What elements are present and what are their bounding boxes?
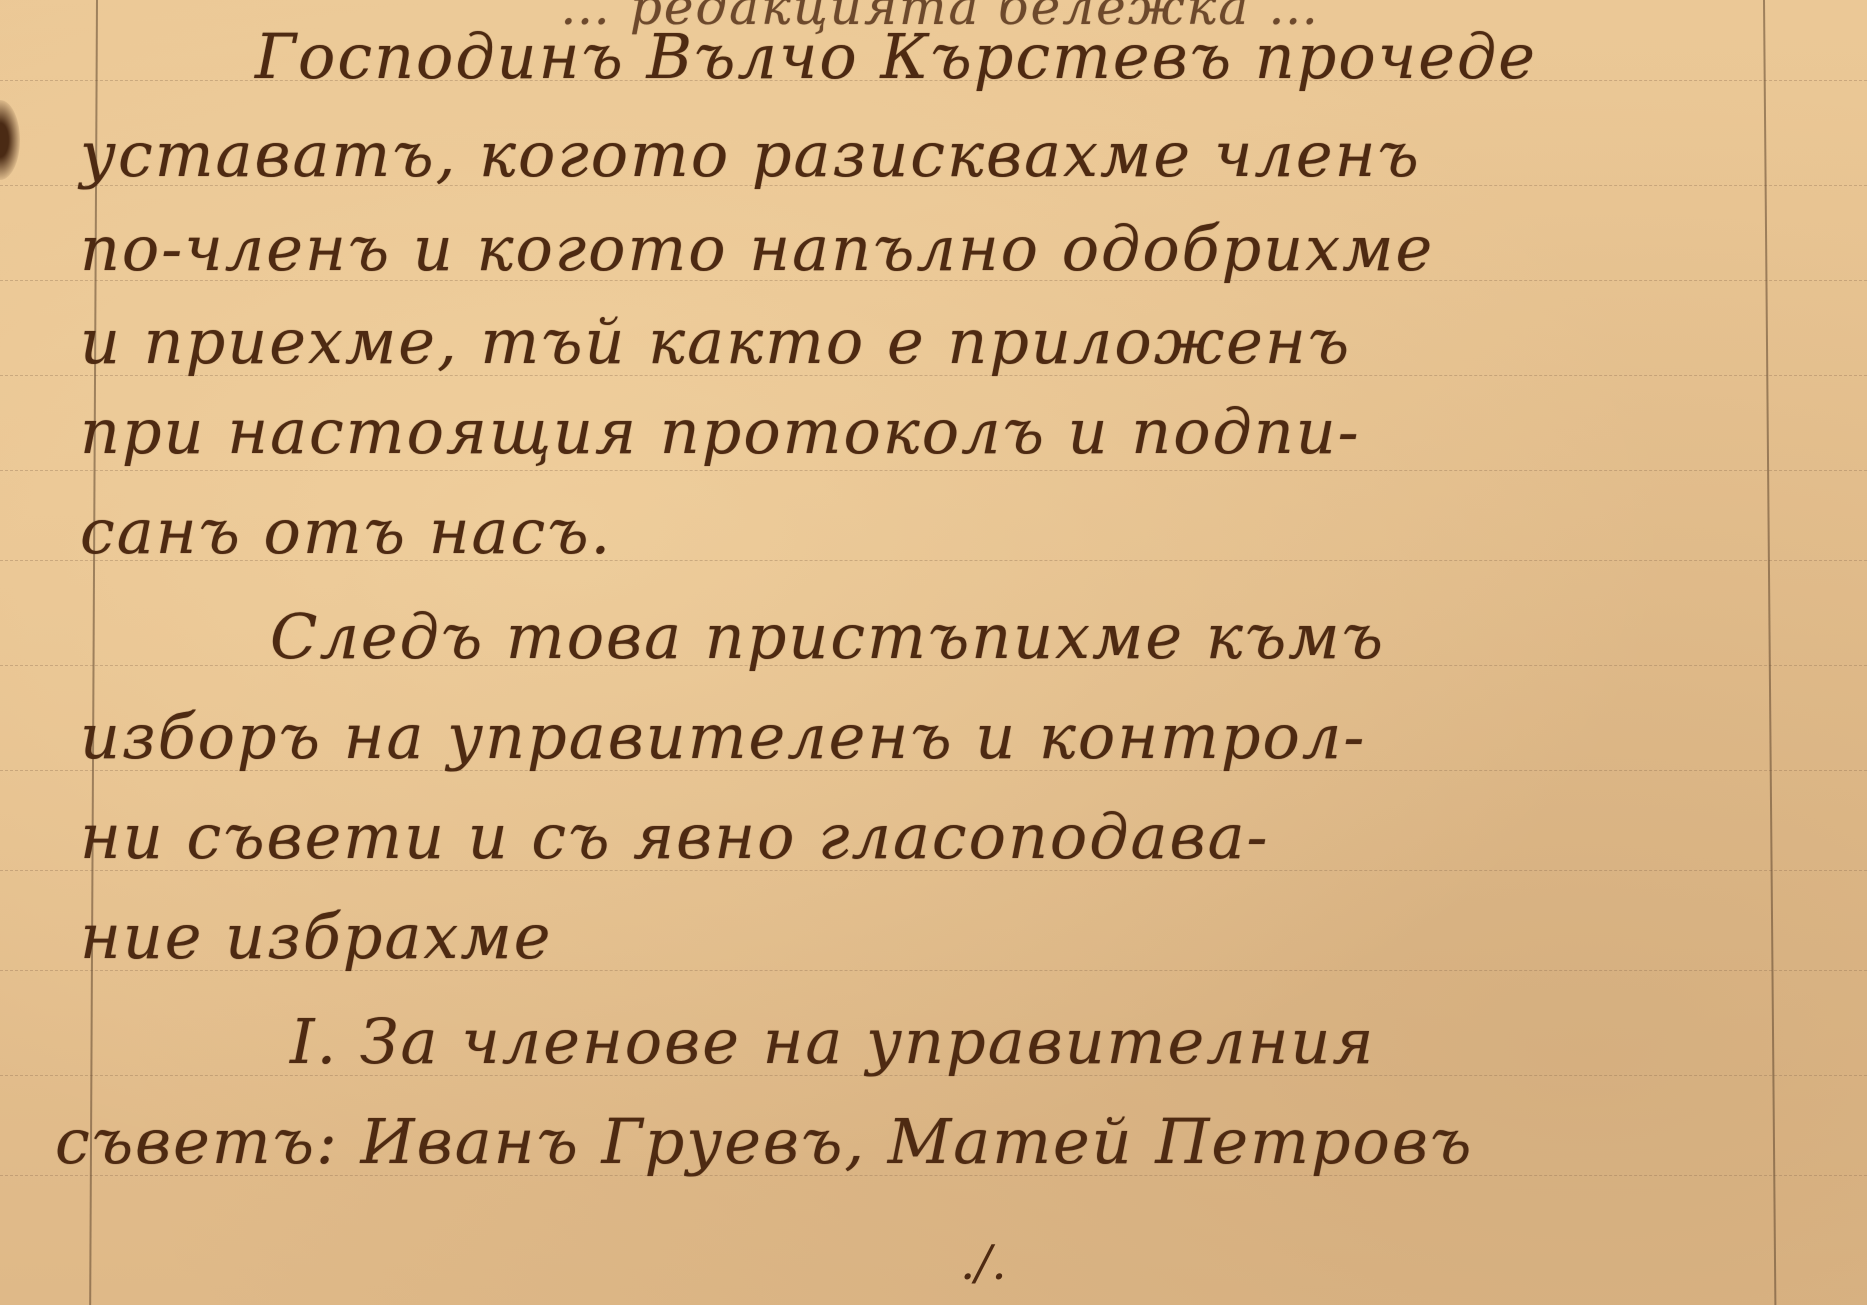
handwritten-line: изборъ на управителенъ и контрол- [80, 700, 1366, 773]
handwritten-line: съветъ: Иванъ Груевъ, Матей Петровъ [55, 1105, 1473, 1178]
handwritten-line: Господинъ Вълчо Кърстевъ прочеде [255, 20, 1537, 93]
handwritten-line-section-heading: I. За членове на управителния [290, 1005, 1375, 1078]
handwritten-line: уставатъ, когото разисквахме членъ [80, 118, 1421, 191]
ink-blot [0, 100, 20, 180]
ruled-line [0, 470, 1867, 471]
handwritten-line: и приехме, тъй както е приложенъ [80, 305, 1351, 378]
handwritten-line: при настоящия протоколъ и подпи- [80, 395, 1361, 468]
right-margin-line [1763, 0, 1776, 1305]
manuscript-page: … редакцията бележка … Господинъ Вълчо К… [0, 0, 1867, 1305]
handwritten-line: ние избрахме [80, 900, 552, 973]
handwritten-line: ни съвети и съ явно гласоподава- [80, 800, 1269, 873]
handwritten-line: Следъ това пристъпихме къмъ [270, 600, 1385, 673]
handwritten-line: санъ отъ насъ. [80, 495, 612, 568]
handwritten-line: по-членъ и когото напълно одобрихме [80, 212, 1434, 285]
continuation-mark: ./. [960, 1235, 1007, 1291]
